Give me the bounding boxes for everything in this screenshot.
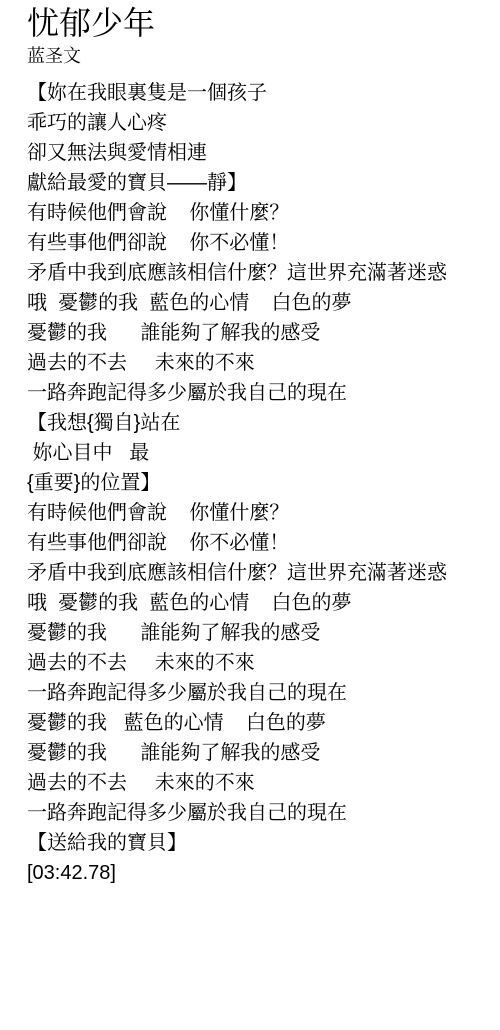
lyric-line: 一路奔跑記得多少屬於我自己的現在 [27, 378, 488, 408]
lyric-line: 【送給我的寶貝】 [27, 828, 488, 858]
lyric-line: 憂鬱的我 誰能夠了解我的感受 [27, 318, 488, 348]
lyric-line: 憂鬱的我 藍色的心情 白色的夢 [27, 708, 488, 738]
lyric-line: 過去的不去 未來的不來 [27, 648, 488, 678]
lyric-line: 一路奔跑記得多少屬於我自己的現在 [27, 798, 488, 828]
lyric-line: 妳心目中 最 [27, 438, 488, 468]
lyric-line: 有些事他們卻說 你不必懂！ [27, 528, 488, 558]
song-title: 忧郁少年 [27, 4, 488, 42]
lyric-line: 有時候他們會說 你懂什麼？ [27, 498, 488, 528]
lyric-line: 過去的不去 未來的不來 [27, 768, 488, 798]
lyric-line: 有些事他們卻說 你不必懂！ [27, 228, 488, 258]
lyric-line: {重要}的位置】 [27, 468, 488, 498]
lyric-line: 【我想{獨自}站在 [27, 408, 488, 438]
lyric-line: [03:42.78] [27, 858, 488, 888]
lyric-line: 憂鬱的我 誰能夠了解我的感受 [27, 738, 488, 768]
lyric-line: 憂鬱的我 誰能夠了解我的感受 [27, 618, 488, 648]
lyric-line: 過去的不去 未來的不來 [27, 348, 488, 378]
lyric-line: 【妳在我眼裏隻是一個孩子 [27, 78, 488, 108]
lyric-line: 哦 憂鬱的我 藍色的心情 白色的夢 [27, 588, 488, 618]
lyric-line: 矛盾中我到底應該相信什麼？這世界充滿著迷惑 [27, 558, 488, 588]
lyric-line: 獻給最愛的寶貝——靜】 [27, 168, 488, 198]
lyric-line: 有時候他們會說 你懂什麼？ [27, 198, 488, 228]
lyric-line: 乖巧的讓人心疼 [27, 108, 488, 138]
lyric-line: 哦 憂鬱的我 藍色的心情 白色的夢 [27, 288, 488, 318]
lyric-line: 矛盾中我到底應該相信什麼？這世界充滿著迷惑 [27, 258, 488, 288]
lyrics-block: 【妳在我眼裏隻是一個孩子乖巧的讓人心疼卻又無法與愛情相連獻給最愛的寶貝——靜】有… [27, 78, 488, 888]
lyric-line: 一路奔跑記得多少屬於我自己的現在 [27, 678, 488, 708]
song-artist: 蓝圣文 [27, 44, 488, 68]
lyric-line: 卻又無法與愛情相連 [27, 138, 488, 168]
lyrics-page: 忧郁少年 蓝圣文 【妳在我眼裏隻是一個孩子乖巧的讓人心疼卻又無法與愛情相連獻給最… [0, 0, 500, 928]
